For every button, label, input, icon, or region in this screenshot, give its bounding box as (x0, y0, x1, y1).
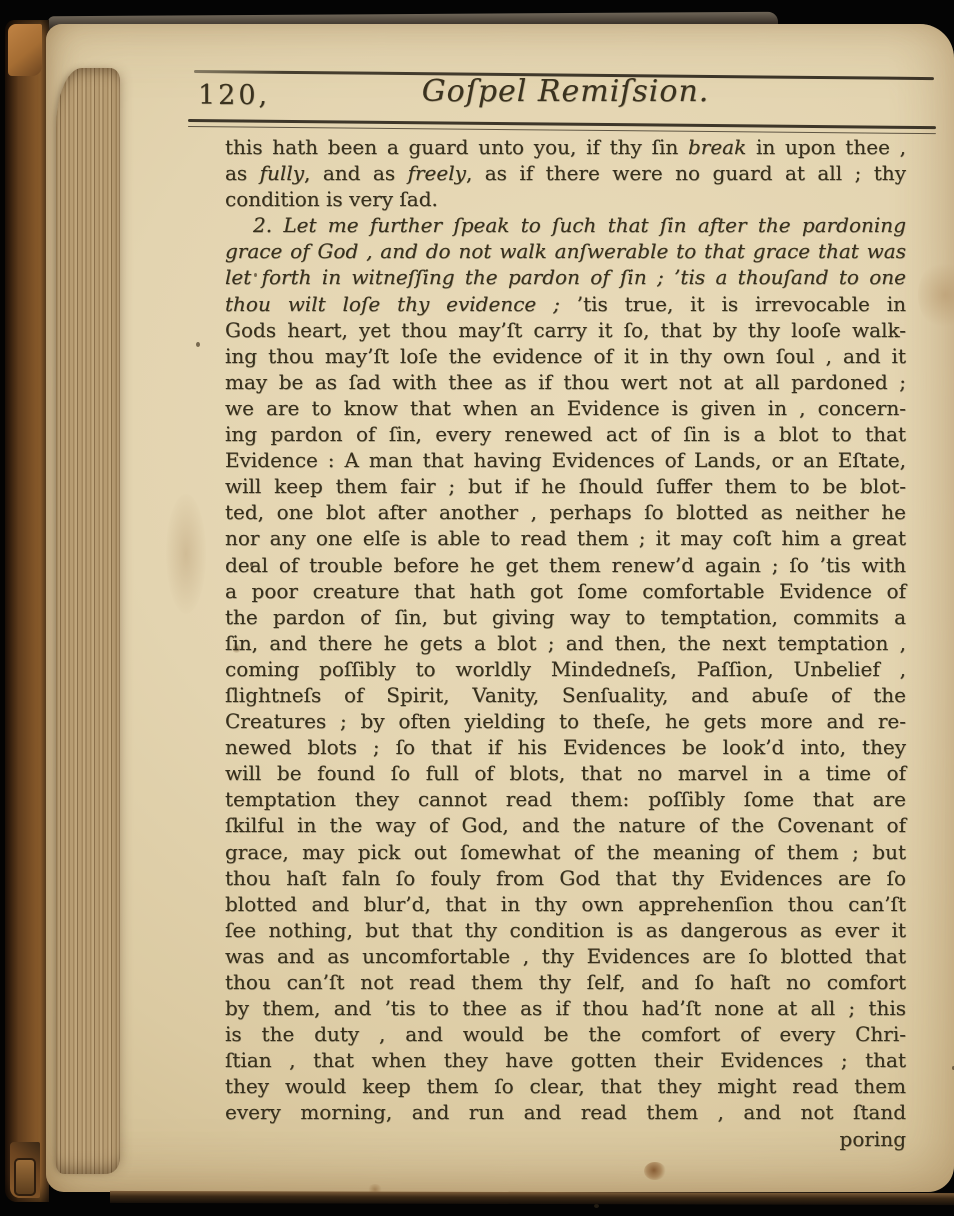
text-line: this hath been a guard unto you, if thy … (225, 134, 906, 160)
text-segment: as (225, 161, 260, 185)
text-segment: they would keep them ſo clear, that they… (225, 1074, 906, 1098)
text-segment: newed blots ; ſo that if his Evidences b… (225, 735, 906, 759)
text-segment: we are to know that when an Evidence is … (225, 396, 906, 420)
text-segment: in upon thee , (746, 135, 906, 159)
text-segment: by them, and ’tis to thee as if thou had… (225, 996, 906, 1020)
text-line: ing pardon of ſin, every renewed act of … (225, 421, 906, 447)
binding-clasp (14, 1158, 36, 1196)
text-segment: condition is very ſad. (225, 187, 438, 211)
text-segment: ſlightneſs of Spirit, Vanity, Senſuality… (225, 683, 906, 707)
text-line: 2. Let me further ſpeak to ſuch that ſin… (225, 212, 906, 238)
text-line: thou wilt loſe thy evidence ; ’tis true,… (225, 291, 906, 317)
book-scan: 120, Goſpel Remiſsion. this hath been a … (0, 0, 954, 1216)
text-line: newed blots ; ſo that if his Evidences b… (225, 734, 906, 760)
text-line: will keep them fair ; but if he ſhould ſ… (225, 473, 906, 499)
text-line: ſlightneſs of Spirit, Vanity, Senſuality… (225, 682, 906, 708)
text-segment: was and as uncomfortable , thy Evidences… (225, 944, 906, 968)
text-segment: ted, one blot after another , perhaps ſo… (225, 500, 906, 524)
text-segment: will be found ſo full of blots, that no … (225, 761, 906, 785)
text-line: they would keep them ſo clear, that they… (225, 1073, 906, 1099)
text-line: temptation they cannot read them: poſſib… (225, 786, 906, 812)
text-segment: Creatures ; by often yielding to theſe, … (225, 709, 906, 733)
text-line: thou haſt faln ſo fouly from God that th… (225, 865, 906, 891)
text-line: ſtian , that when they have gotten their… (225, 1047, 906, 1073)
text-segment: thou haſt faln ſo fouly from God that th… (225, 866, 906, 890)
text-line: Creatures ; by often yielding to theſe, … (225, 708, 906, 734)
text-line: deal of trouble before he get them renew… (225, 552, 906, 578)
text-segment: is the duty , and would be the comfort o… (225, 1022, 906, 1046)
text-line: Evidence : A man that having Evidences o… (225, 447, 906, 473)
foxing-stain (166, 494, 206, 614)
text-segment: ſkilful in the way of God, and the natur… (225, 813, 906, 837)
text-segment: ing thou may’ſt loſe the evidence of it … (225, 344, 906, 368)
text-line: is the duty , and would be the comfort o… (225, 1021, 906, 1047)
text-segment: grace, may pick out ſomewhat of the mean… (225, 840, 906, 864)
stacked-leaf-edges (56, 68, 120, 1174)
text-segment: ſee nothing, but that thy condition is a… (225, 918, 906, 942)
running-title: Goſpel Remiſsion. (225, 74, 906, 109)
text-line: a poor creature that hath got ſome comfo… (225, 578, 906, 604)
text-segment: the pardon of ſin, but giving way to tem… (225, 605, 906, 629)
text-line: by them, and ’tis to thee as if thou had… (225, 995, 906, 1021)
text-line: thou can’ſt not read them thy ſelf, and … (225, 969, 906, 995)
header-rule-bottom (188, 119, 936, 134)
foxing-stain (644, 1162, 666, 1180)
text-line: was and as uncomfortable , thy Evidences… (225, 943, 906, 969)
text-line: condition is very ſad. (225, 186, 906, 212)
book-spine-leather (5, 20, 49, 1202)
text-segment: Evidence : A man that having Evidences o… (225, 448, 906, 472)
text-segment: ſin, and there he gets a blot ; and then… (225, 631, 906, 655)
text-segment: ’tis true, it is irrevocable in (560, 292, 906, 316)
foxing-stain (918, 260, 954, 330)
text-line: the pardon of ſin, but giving way to tem… (225, 604, 906, 630)
text-segment: ing pardon of ſin, every renewed act of … (225, 422, 906, 446)
text-line: grace of God , and do not walk anſwerabl… (225, 238, 906, 264)
leather-corner-top (8, 24, 42, 76)
text-segment: ſtian , that when they have gotten their… (225, 1048, 906, 1072)
text-line: ſkilful in the way of God, and the natur… (225, 812, 906, 838)
text-line: ted, one blot after another , perhaps ſo… (225, 499, 906, 525)
text-segment: coming poſſibly to worldly Mindedneſs, P… (225, 657, 906, 681)
text-line: ſin, and there he gets a blot ; and then… (225, 630, 906, 656)
text-line: grace, may pick out ſomewhat of the mean… (225, 839, 906, 865)
italic-text-segment: fully (260, 161, 304, 185)
text-segment: may be as ſad with thee as if thou wert … (225, 370, 906, 394)
italic-text-segment: 2. Let me further ſpeak to ſuch that ſin… (253, 213, 906, 237)
text-line: ing thou may’ſt loſe the evidence of it … (225, 343, 906, 369)
text-line: Gods heart, yet thou may’ſt carry it ſo,… (225, 317, 906, 343)
text-segment: Gods heart, yet thou may’ſt carry it ſo,… (225, 318, 906, 342)
text-line: blotted and blur’d, that in thy own appr… (225, 891, 906, 917)
italic-text-segment: grace of God , and do not walk anſwerabl… (225, 239, 906, 263)
text-segment: every morning, and run and read them , a… (225, 1100, 906, 1124)
ink-speck (196, 342, 200, 347)
italic-text-segment: freely (408, 161, 466, 185)
text-segment: temptation they cannot read them: poſſib… (225, 787, 906, 811)
ink-speck (594, 1204, 599, 1208)
book-cover-bottom-edge (110, 1191, 954, 1205)
text-segment: a poor creature that hath got ſome comfo… (225, 579, 906, 603)
text-line: coming poſſibly to worldly Mindedneſs, P… (225, 656, 906, 682)
text-segment: , as if there were no guard at all ; thy (466, 161, 906, 185)
text-segment: this hath been a guard unto you, if thy … (225, 135, 688, 159)
text-segment: will keep them fair ; but if he ſhould ſ… (225, 474, 906, 498)
body-text: this hath been a guard unto you, if thy … (225, 134, 906, 1126)
text-segment: nor any one elſe is able to read them ; … (225, 526, 906, 550)
text-segment: , and as (304, 161, 408, 185)
italic-text-segment: let forth in witneſſing the pardon of ſi… (225, 265, 906, 289)
italic-text-segment: thou wilt loſe thy evidence ; (225, 292, 560, 316)
text-line: ſee nothing, but that thy condition is a… (225, 917, 906, 943)
text-segment: blotted and blur’d, that in thy own appr… (225, 892, 906, 916)
text-line: every morning, and run and read them , a… (225, 1099, 906, 1125)
book-page: 120, Goſpel Remiſsion. this hath been a … (46, 24, 954, 1192)
text-segment: thou can’ſt not read them thy ſelf, and … (225, 970, 906, 994)
text-line: let forth in witneſſing the pardon of ſi… (225, 264, 906, 290)
catchword: poring (225, 1126, 906, 1152)
text-line: as fully, and as freely, as if there wer… (225, 160, 906, 186)
text-segment: deal of trouble before he get them renew… (225, 553, 906, 577)
text-line: nor any one elſe is able to read them ; … (225, 525, 906, 551)
italic-text-segment: break (688, 135, 746, 159)
text-line: will be found ſo full of blots, that no … (225, 760, 906, 786)
text-line: may be as ſad with thee as if thou wert … (225, 369, 906, 395)
text-line: we are to know that when an Evidence is … (225, 395, 906, 421)
